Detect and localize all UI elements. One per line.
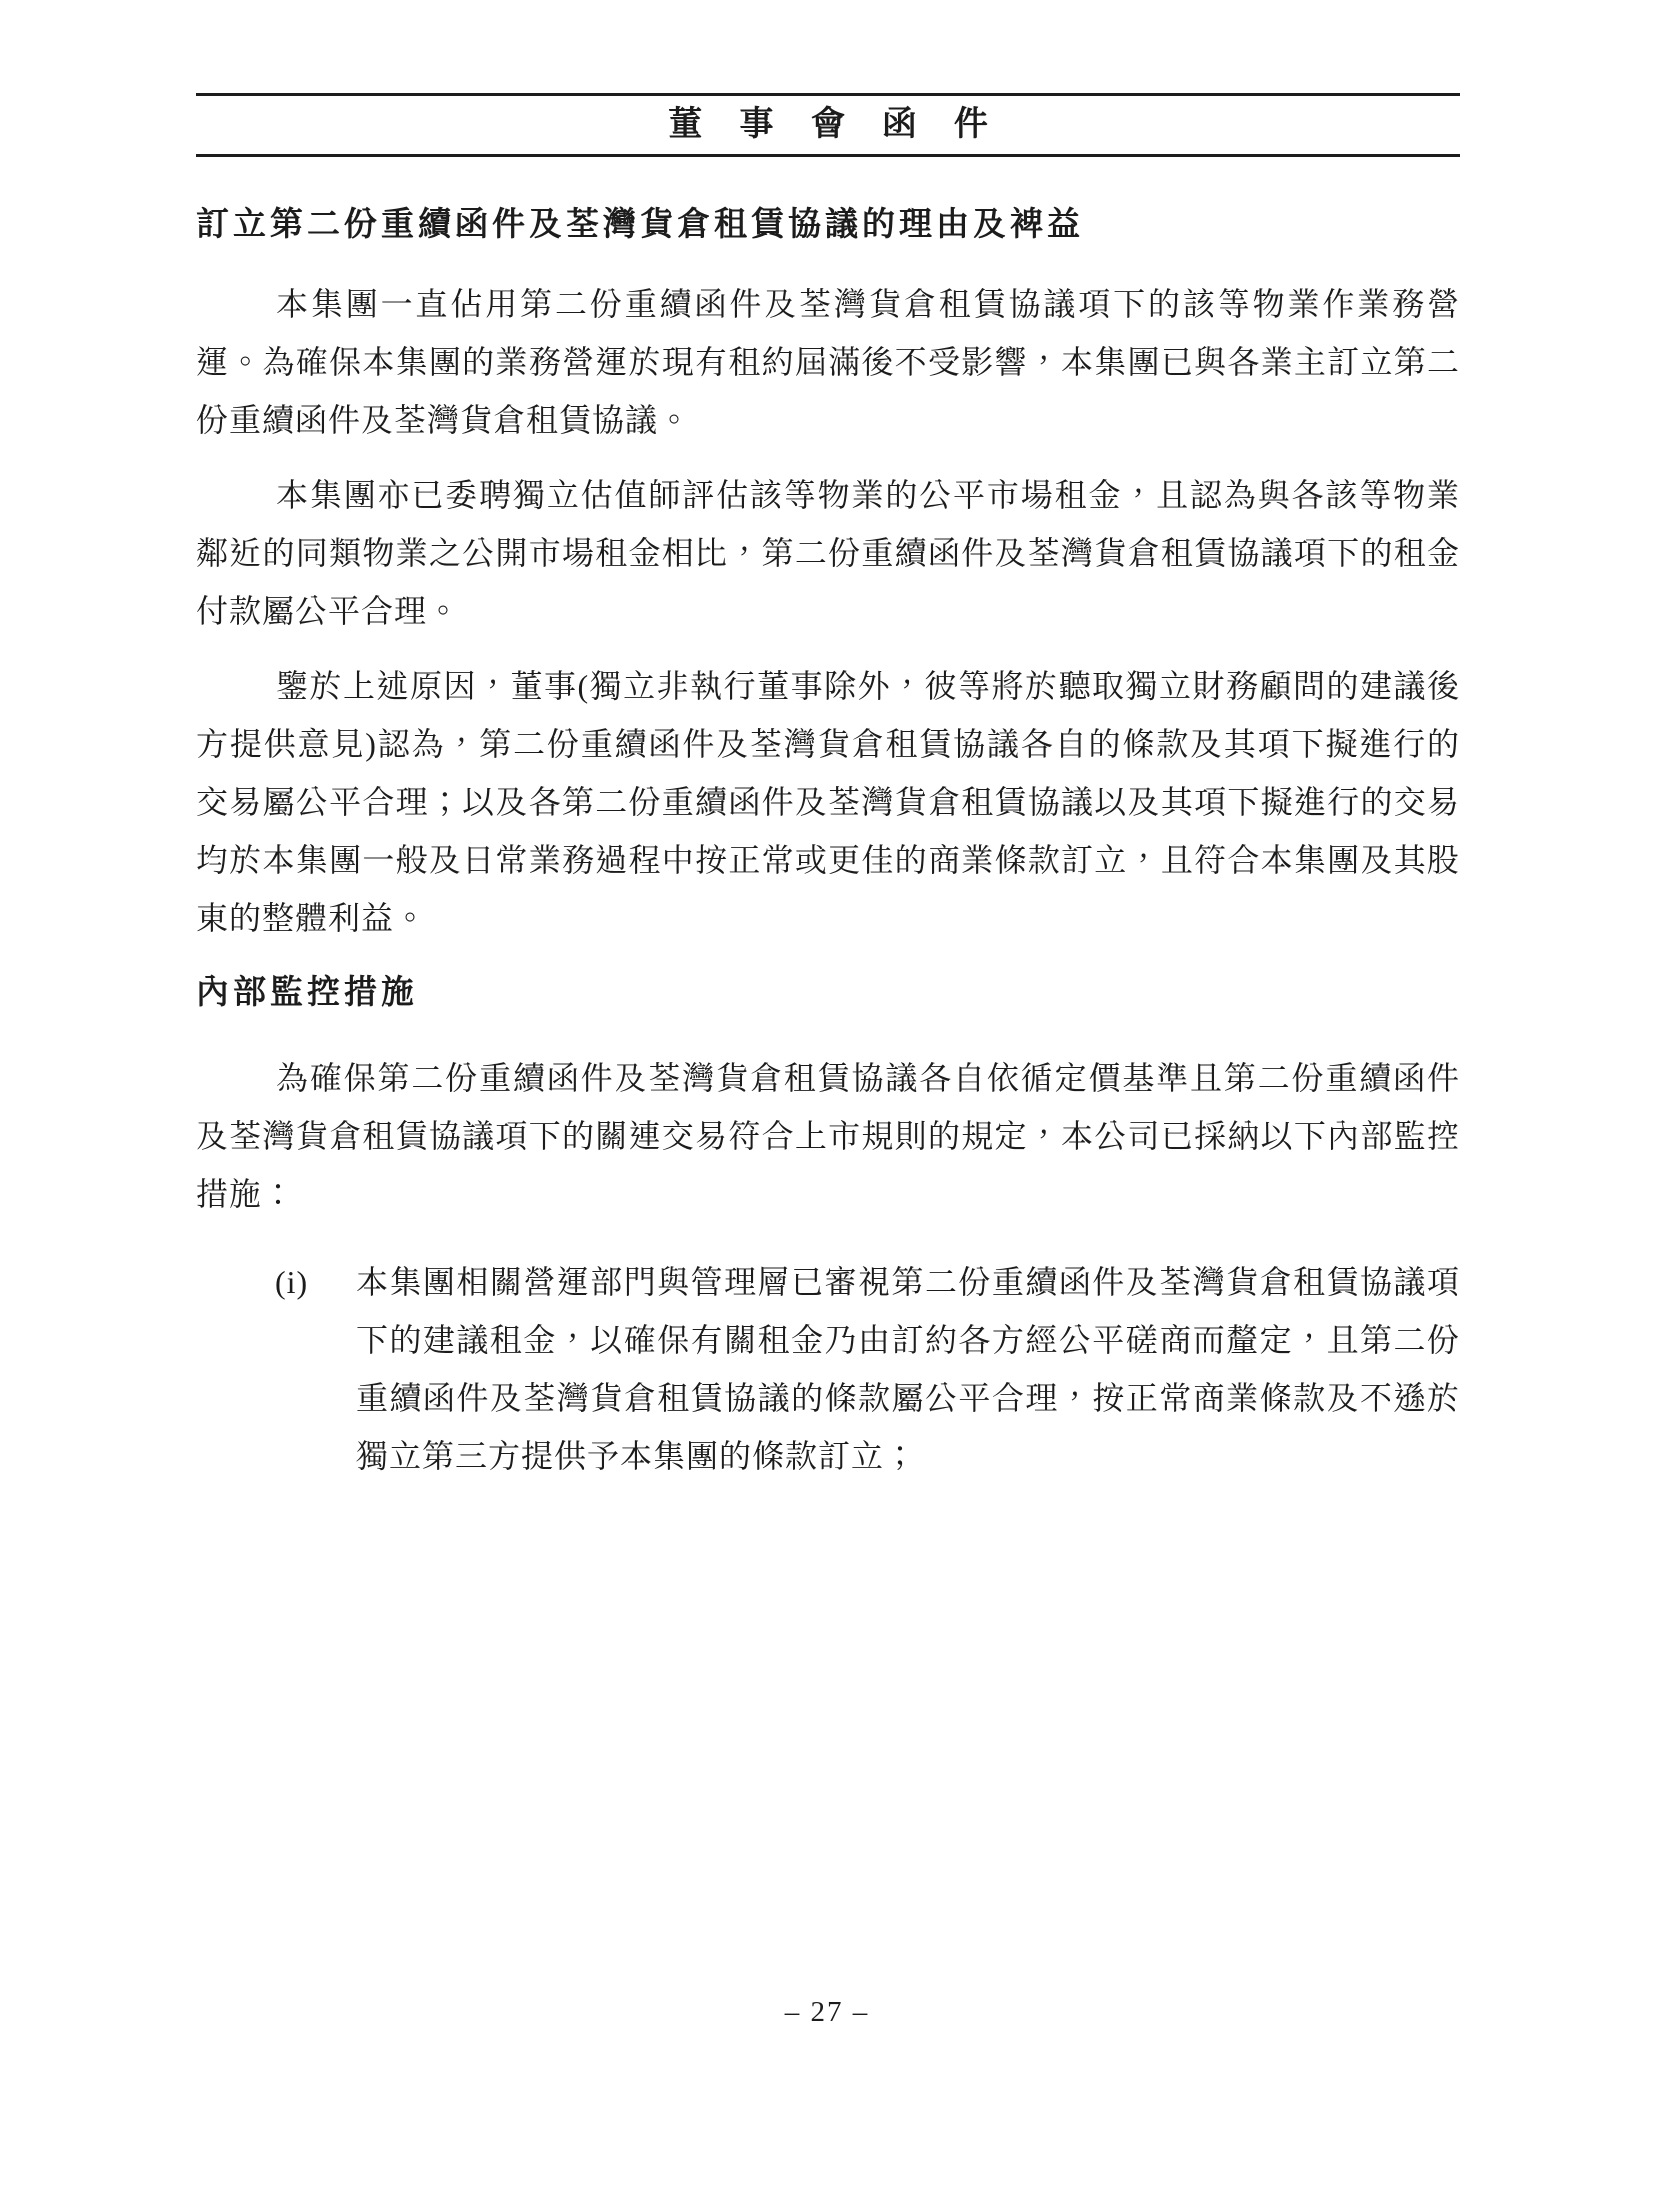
document-header: 董 事 會 函 件 xyxy=(196,93,1460,157)
document-page: 董 事 會 函 件 訂立第二份重續函件及荃灣貨倉租賃協議的理由及裨益 本集團一直… xyxy=(0,0,1654,2205)
paragraph-occupation: 本集團一直佔用第二份重續函件及荃灣貨倉租賃協議項下的該等物業作業務營運。為確保本… xyxy=(196,275,1460,449)
document-body: 訂立第二份重續函件及荃灣貨倉租賃協議的理由及裨益 本集團一直佔用第二份重續函件及… xyxy=(196,201,1460,1485)
section-heading-internal-controls: 內部監控措施 xyxy=(196,969,1460,1015)
document-footer: – 27 – xyxy=(0,1996,1654,2029)
paragraph-internal-controls-intro: 為確保第二份重續函件及荃灣貨倉租賃協議各自依循定價基準且第二份重續函件及荃灣貨倉… xyxy=(196,1049,1460,1223)
paragraph-valuer: 本集團亦已委聘獨立估值師評估該等物業的公平市場租金，且認為與各該等物業鄰近的同類… xyxy=(196,466,1460,640)
page-number: – 27 – xyxy=(785,1996,870,2028)
list-item-marker: (i) xyxy=(275,1253,356,1485)
paragraph-directors-view: 鑒於上述原因，董事(獨立非執行董事除外，彼等將於聽取獨立財務顧問的建議後方提供意… xyxy=(196,657,1460,947)
list-item-text: 本集團相關營運部門與管理層已審視第二份重續函件及荃灣貨倉租賃協議項下的建議租金，… xyxy=(356,1253,1460,1485)
page-title: 董 事 會 函 件 xyxy=(196,102,1460,146)
list-item-i: (i) 本集團相關營運部門與管理層已審視第二份重續函件及荃灣貨倉租賃協議項下的建… xyxy=(196,1253,1460,1485)
section-heading-reasons-benefits: 訂立第二份重續函件及荃灣貨倉租賃協議的理由及裨益 xyxy=(196,201,1460,247)
